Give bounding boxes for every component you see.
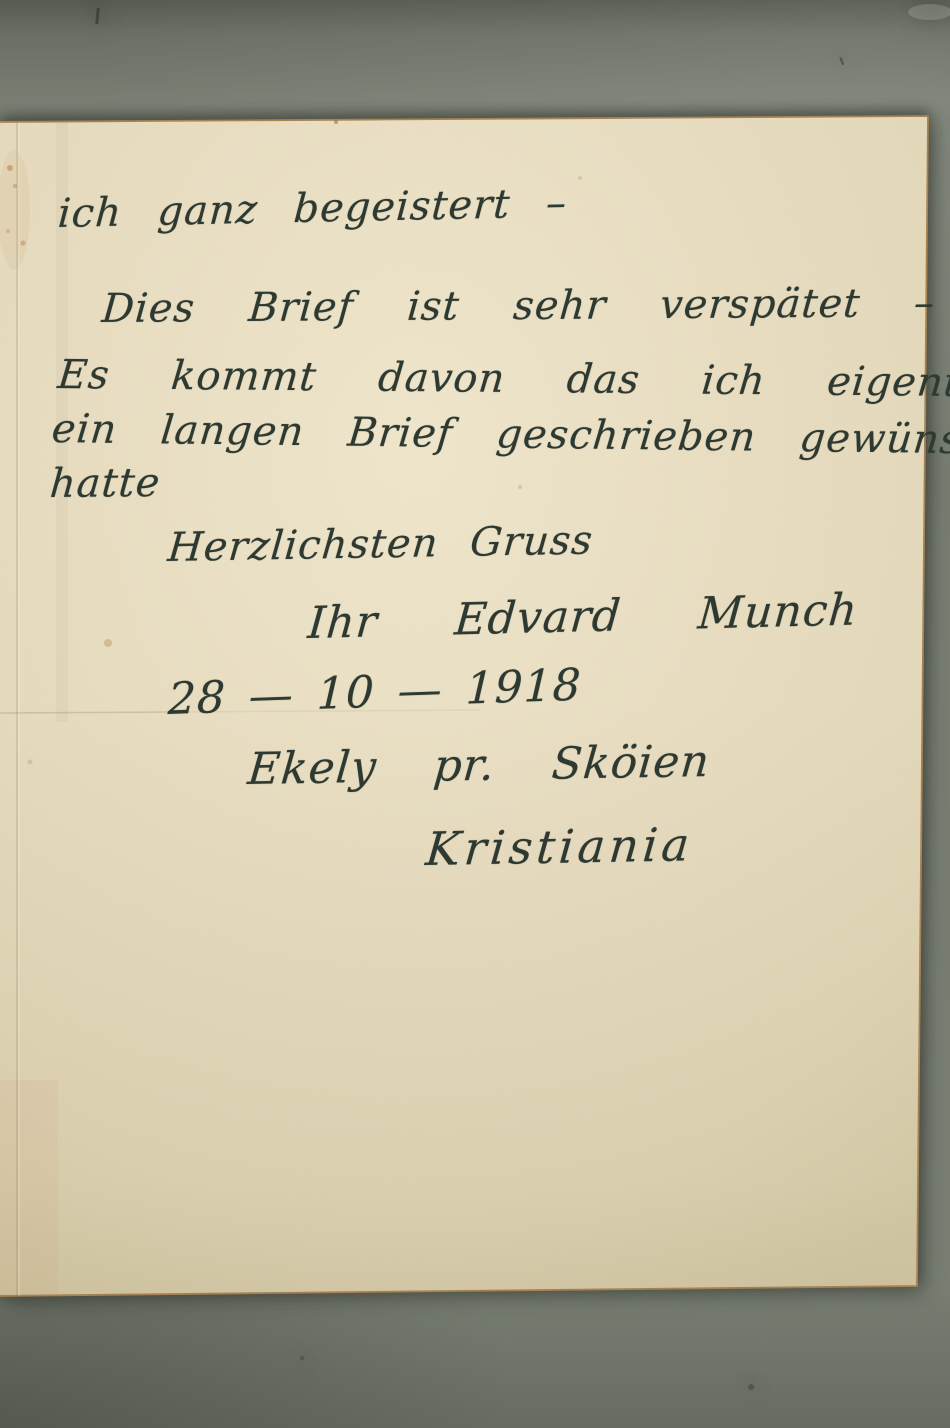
letter-line-reason-2: ein langen Brief geschrieben gewünscht [50,409,950,461]
letter-line-continuation: ich ganz begeistert – [57,183,569,234]
letter-line-apology: Dies Brief ist sehr verspätet – [100,283,936,329]
letter-closing-greeting: Herzlichsten Gruss [166,521,595,568]
letter-line-reason-3: hatte [48,463,162,504]
handwriting-layer: ich ganz begeistert – Dies Brief ist seh… [0,0,950,1428]
letter-place-line: Ekely pr. Sköien [246,740,712,792]
letter-date: 28 — 10 — 1918 [167,664,582,723]
letter-city-line: Kristiania [424,821,695,872]
letter-signature: Ihr Edvard Munch [306,589,859,647]
photo-backdrop: ich ganz begeistert – Dies Brief ist seh… [0,0,950,1428]
letter-line-reason-1: Es kommt davon das ich eigentlich [56,355,950,404]
